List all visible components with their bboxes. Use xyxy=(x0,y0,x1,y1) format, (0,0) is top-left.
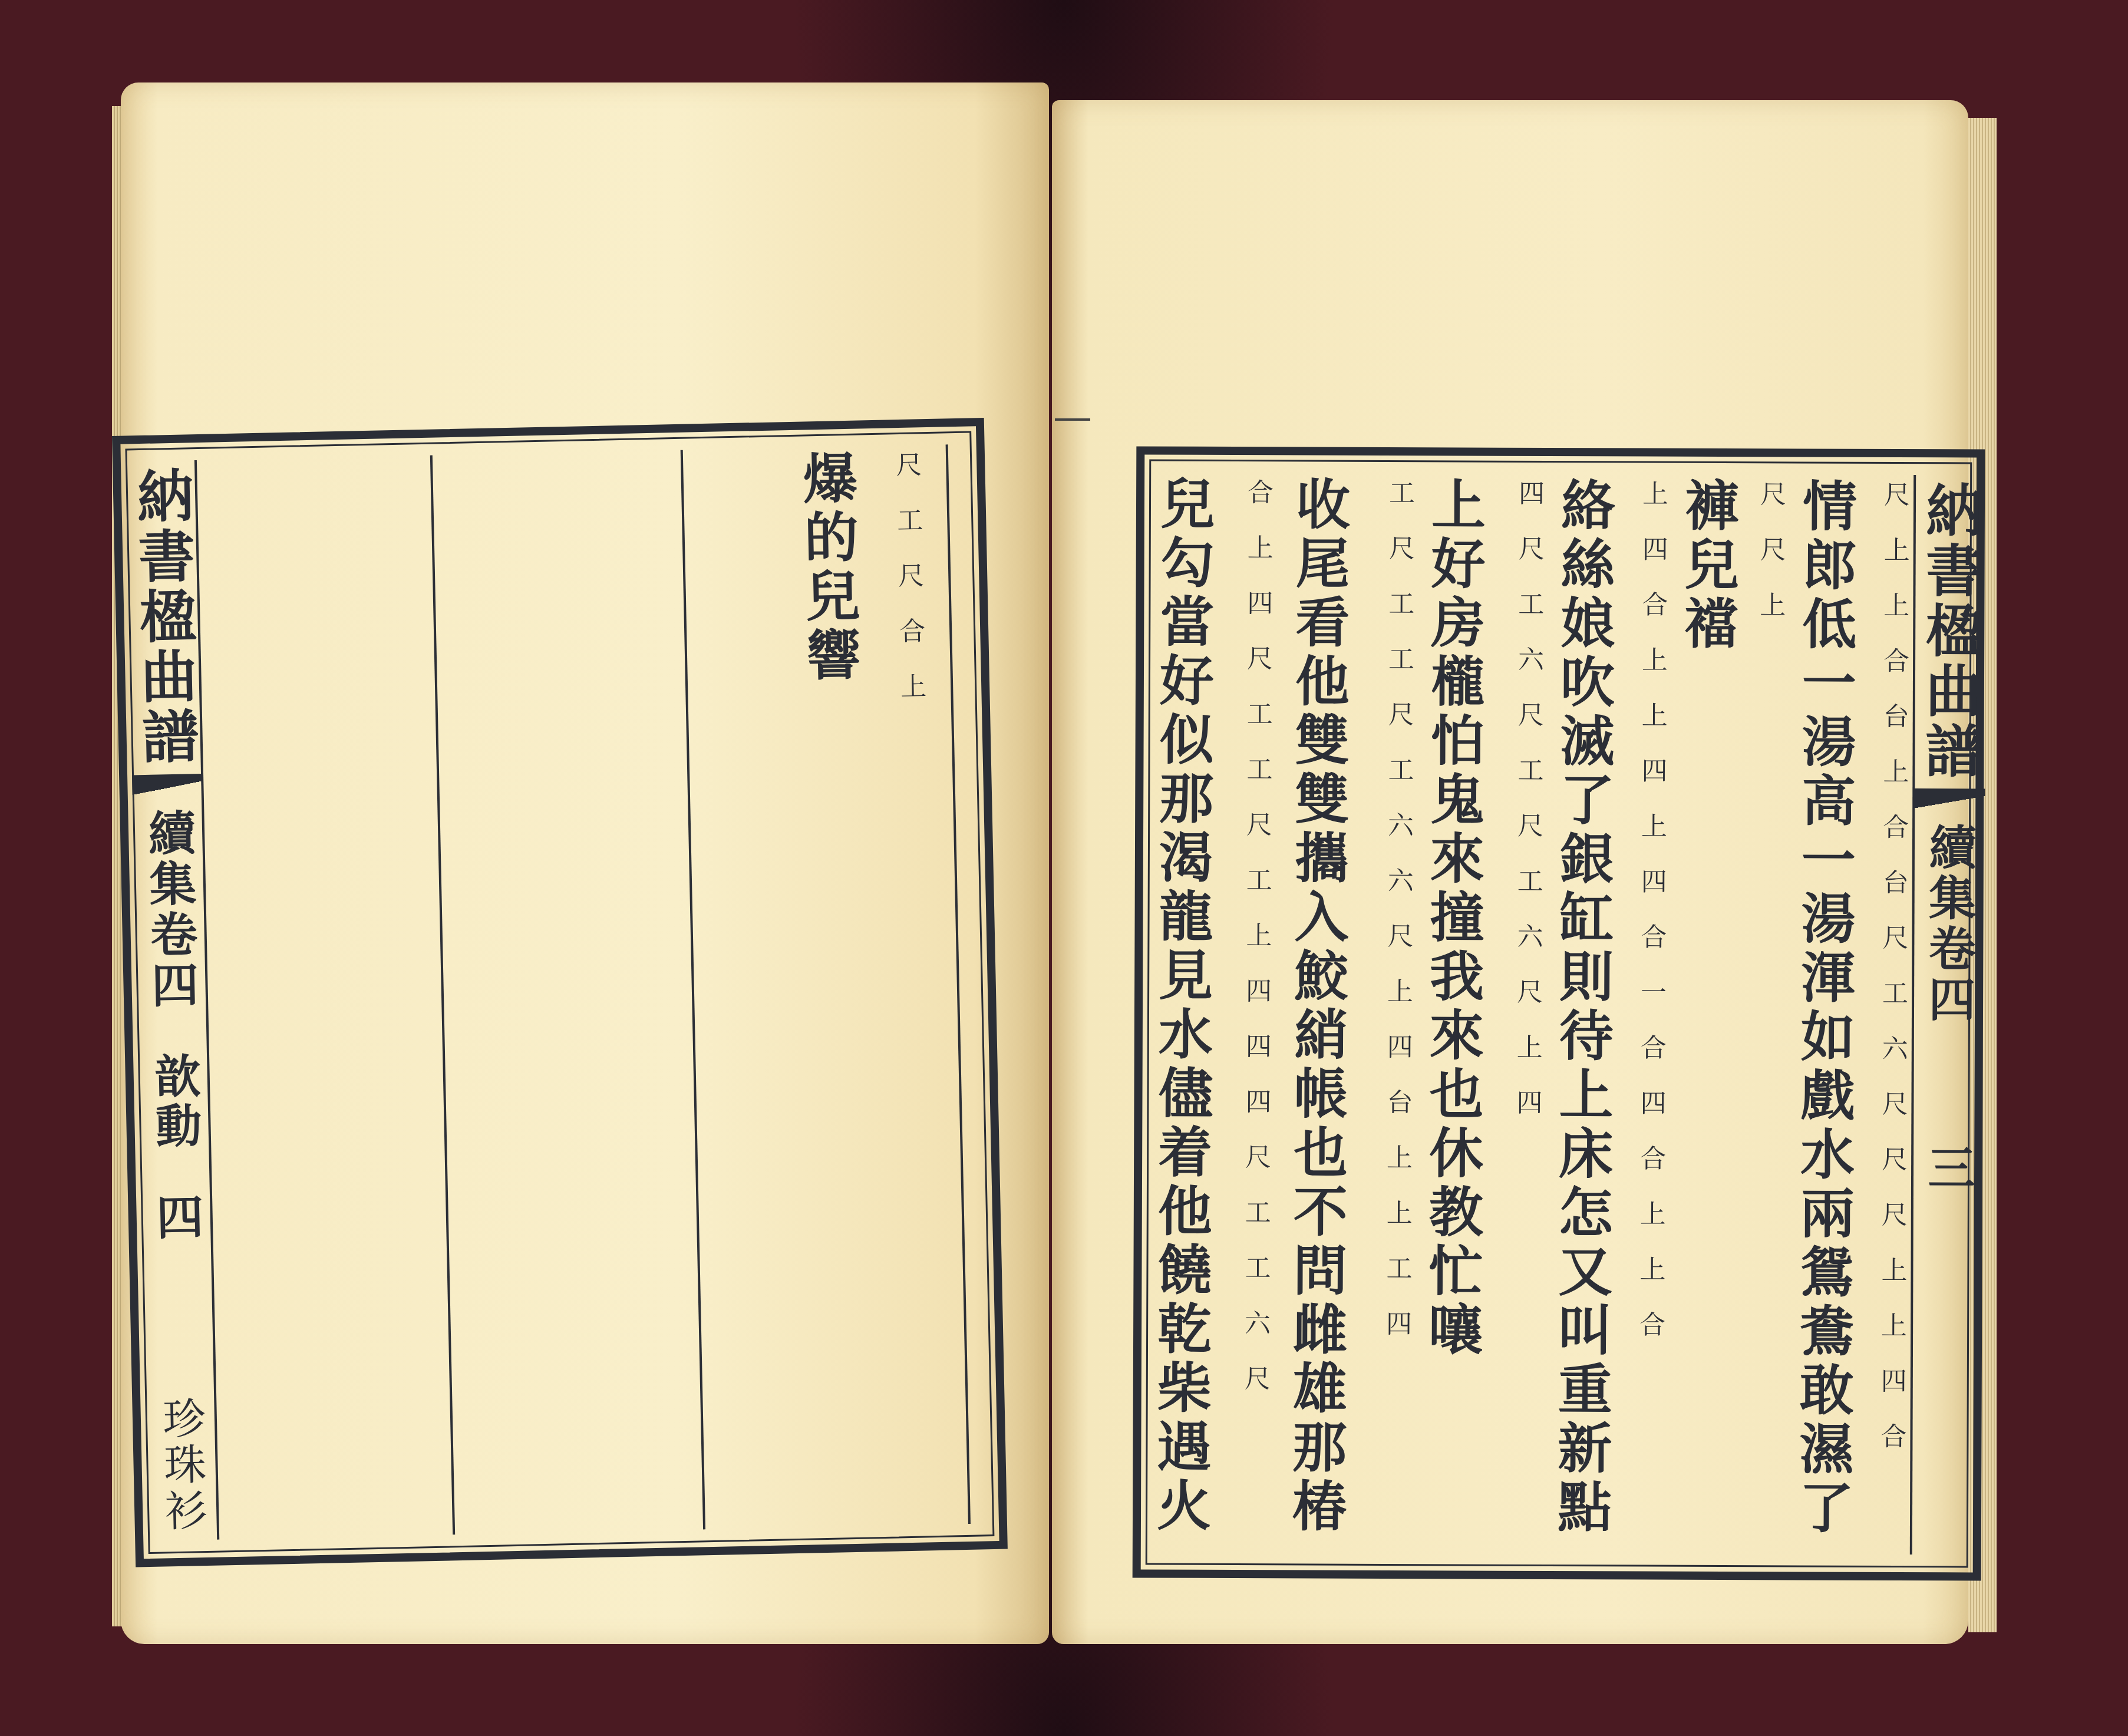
right-banxin: 納書楹曲譜 續集卷四 三 xyxy=(1913,469,1984,1560)
fishtail-icon xyxy=(132,774,203,803)
gutter-mark xyxy=(1055,418,1090,421)
volume-label: 續集卷四 xyxy=(134,808,206,1012)
play-title: 珍珠衫 xyxy=(150,1396,214,1535)
lyric-column: 收尾看他雙雙攜入鮫綃帳也不問雌雄那椿 xyxy=(1288,476,1346,1536)
lyric-column: 絡絲娘吹滅了銀缸則待上床怎又叫重新點 xyxy=(1553,477,1611,1537)
left-page-frame: 納書楹曲譜 續集卷四 歆動 四 珍珠衫 爆的兒響 尺工尺合上 xyxy=(112,418,1008,1567)
notation-column: 尺尺上 xyxy=(1751,480,1789,646)
tune-name: 褲兒襠 xyxy=(1680,477,1735,654)
lyric-column: 情郎低一湯高一湯渾如戲水兩鴛鴦敢濕了 xyxy=(1795,477,1853,1538)
left-banxin: 納書楹曲譜 續集卷四 歆動 四 珍珠衫 xyxy=(127,454,217,1547)
lyric-column: 爆的兒響 xyxy=(799,450,857,687)
page-number: 三 xyxy=(1914,1143,1982,1194)
right-page-frame: 兒勾當好似那渴龍見水儘着他饒乾柴遇火 合上四尺工工尺工上四四四尺工工六尺 收尾看… xyxy=(1133,446,1985,1580)
notation-column: 上四合上上四上四合一合四合上上合 xyxy=(1631,480,1671,1366)
lyric-column: 兒勾當好似那渴龍見水儘着他饒乾柴遇火 xyxy=(1153,476,1210,1536)
notation-column: 工尺工工尺工六六尺上四台上上工四 xyxy=(1377,479,1418,1365)
notation-column: 尺工尺合上 xyxy=(887,451,931,728)
book-title: 納書楹曲譜 xyxy=(1909,481,1991,781)
book-title: 納書楹曲譜 xyxy=(120,466,207,768)
page-number: 四 xyxy=(142,1192,211,1244)
section-label: 歆動 xyxy=(140,1052,207,1152)
notation-column: 合上四尺工工尺工上四四四尺工工六尺 xyxy=(1236,478,1277,1420)
left-page-inner-border xyxy=(125,431,994,1554)
fishtail-icon xyxy=(1914,788,1985,816)
notation-column: 四尺工六尺工尺工六尺上四 xyxy=(1507,480,1548,1144)
lyric-column: 上好房櫳怕鬼來撞我來也休教忙嚷 xyxy=(1424,476,1482,1360)
volume-label: 續集卷四 xyxy=(1915,823,1983,1025)
notation-column: 尺上上合台上合台尺工六尺尺尺上上四合 xyxy=(1872,481,1913,1478)
